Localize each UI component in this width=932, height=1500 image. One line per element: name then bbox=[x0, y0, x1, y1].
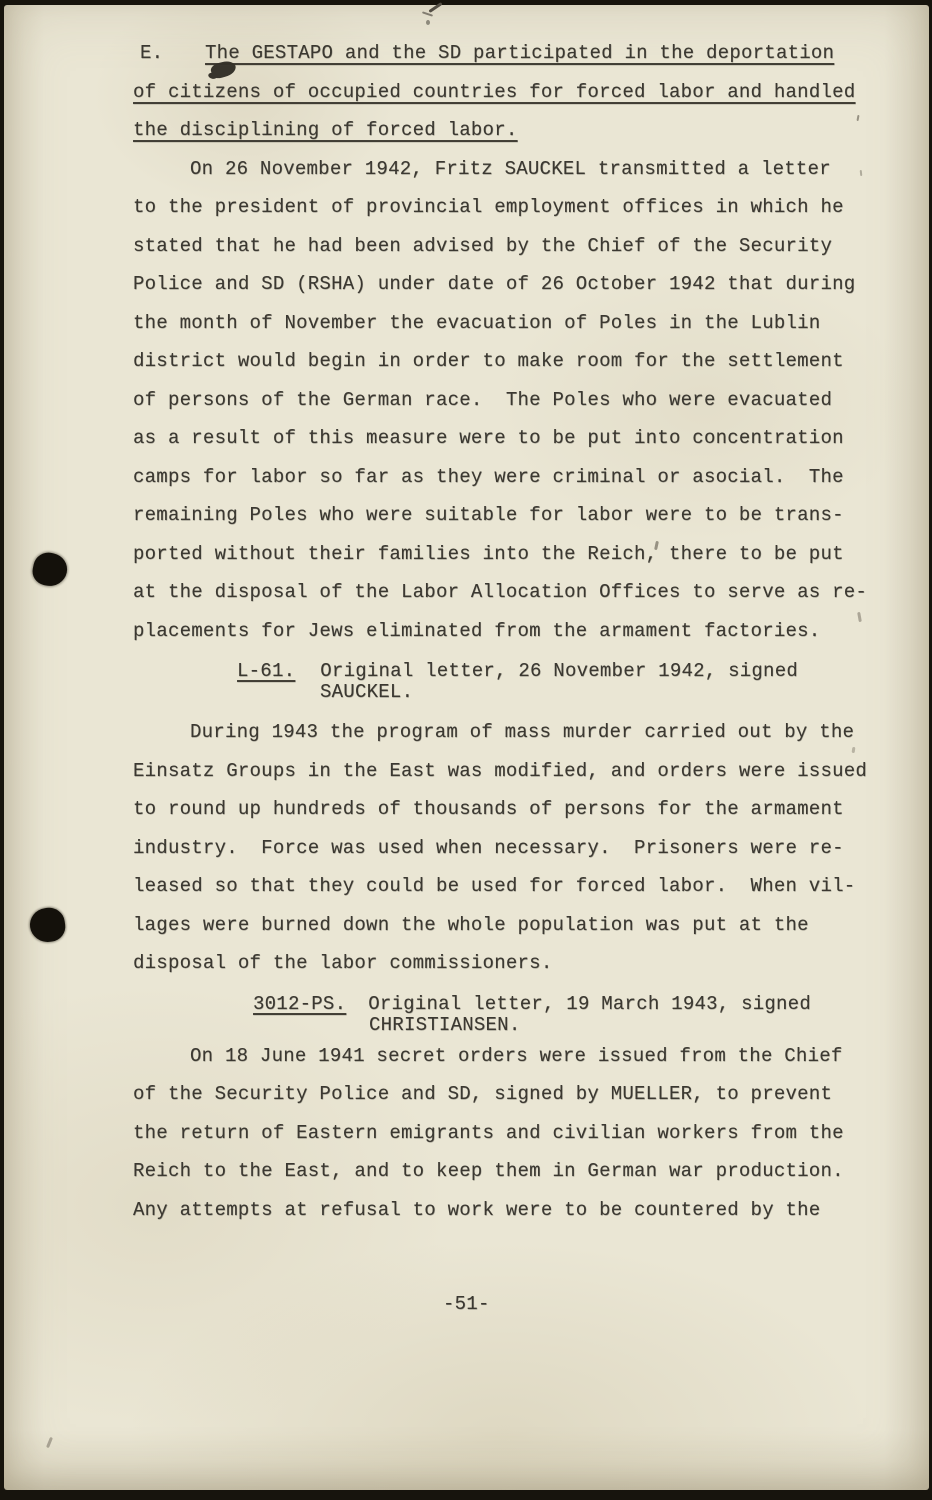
section-heading: E.The GESTAPO and the SD participated in… bbox=[133, 34, 913, 150]
body-line: On 26 November 1942, Fritz SAUCKEL trans… bbox=[133, 150, 913, 189]
body-line: placements for Jews eliminated from the … bbox=[133, 612, 913, 651]
heading-line: of citizens of occupied countries for fo… bbox=[133, 73, 913, 112]
citation-text: CHRISTIANSEN. bbox=[369, 1014, 520, 1036]
section-letter: E. bbox=[133, 34, 205, 73]
exhibit-number: 3012-PS. bbox=[253, 993, 346, 1015]
citation-text: Original letter, 19 March 1943, signed bbox=[368, 993, 811, 1015]
hole-punch-bottom bbox=[28, 906, 67, 945]
body-line: as a result of this measure were to be p… bbox=[133, 419, 913, 458]
body-line: Police and SD (RSHA) under date of 26 Oc… bbox=[133, 265, 913, 304]
heading-text: of citizens of occupied countries for fo… bbox=[133, 81, 855, 103]
typewritten-content: E.The GESTAPO and the SD participated in… bbox=[133, 34, 913, 1324]
body-line: of the Security Police and SD, signed by… bbox=[133, 1075, 913, 1114]
body-line: Any attempts at refusal to work were to … bbox=[133, 1191, 913, 1230]
body-line: On 18 June 1941 secret orders were issue… bbox=[133, 1037, 913, 1076]
ink-scribble-stroke bbox=[422, 11, 433, 16]
body-line: the return of Eastern emigrants and civi… bbox=[133, 1114, 913, 1153]
citation-line: SAUCKEL. bbox=[133, 682, 913, 703]
exhibit-citation: 3012-PS.Original letter, 19 March 1943, … bbox=[133, 994, 913, 1036]
body-line: Einsatz Groups in the East was modified,… bbox=[133, 752, 913, 791]
hole-punch-top bbox=[30, 550, 70, 589]
body-line: industry. Force was used when necessary.… bbox=[133, 829, 913, 868]
heading-line: the disciplining of forced labor. bbox=[133, 111, 913, 150]
citation-line: L-61.Original letter, 26 November 1942, … bbox=[133, 661, 913, 682]
ink-speck bbox=[46, 1437, 53, 1448]
body-line: ported without their families into the R… bbox=[133, 535, 913, 574]
citation-line: 3012-PS.Original letter, 19 March 1943, … bbox=[133, 994, 913, 1015]
body-line: the month of November the evacuation of … bbox=[133, 304, 913, 343]
body-line: district would begin in order to make ro… bbox=[133, 342, 913, 381]
body-line: stated that he had been advised by the C… bbox=[133, 227, 913, 266]
body-line: at the disposal of the Labor Allocation … bbox=[133, 573, 913, 612]
citation-line: CHRISTIANSEN. bbox=[133, 1015, 913, 1036]
heading-text: The GESTAPO and the SD participated in t… bbox=[205, 42, 834, 64]
ink-scribble bbox=[418, 5, 448, 35]
body-line: to the president of provincial employmen… bbox=[133, 188, 913, 227]
body-line: to round up hundreds of thousands of per… bbox=[133, 790, 913, 829]
paragraph: On 18 June 1941 secret orders were issue… bbox=[133, 1037, 913, 1230]
exhibit-citation: L-61.Original letter, 26 November 1942, … bbox=[133, 661, 913, 703]
body-line: During 1943 the program of mass murder c… bbox=[133, 713, 913, 752]
citation-text: Original letter, 26 November 1942, signe… bbox=[320, 660, 798, 682]
body-line: of persons of the German race. The Poles… bbox=[133, 381, 913, 420]
paragraph: During 1943 the program of mass murder c… bbox=[133, 713, 913, 983]
heading-text: the disciplining of forced labor. bbox=[133, 119, 518, 141]
body-line: camps for labor so far as they were crim… bbox=[133, 458, 913, 497]
ink-scribble-stroke bbox=[428, 2, 442, 13]
body-line: lages were burned down the whole populat… bbox=[133, 906, 913, 945]
ink-scribble-dot bbox=[426, 20, 430, 25]
heading-line: E.The GESTAPO and the SD participated in… bbox=[133, 34, 913, 73]
paragraph: On 26 November 1942, Fritz SAUCKEL trans… bbox=[133, 150, 913, 651]
citation-text: SAUCKEL. bbox=[320, 681, 413, 703]
body-line: disposal of the labor commissioners. bbox=[133, 944, 913, 983]
body-line: remaining Poles who were suitable for la… bbox=[133, 496, 913, 535]
page-number: -51- bbox=[133, 1285, 913, 1324]
exhibit-number: L-61. bbox=[237, 660, 295, 682]
document-page: E.The GESTAPO and the SD participated in… bbox=[4, 5, 929, 1490]
body-line: leased so that they could be used for fo… bbox=[133, 867, 913, 906]
body-line: Reich to the East, and to keep them in G… bbox=[133, 1152, 913, 1191]
